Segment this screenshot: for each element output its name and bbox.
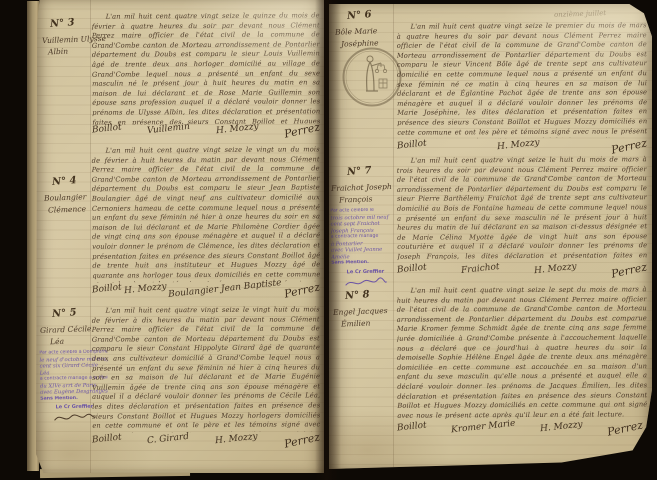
entry-number: N° 6: [347, 9, 372, 22]
entry-number: N° 4: [52, 175, 77, 188]
signature: Kromer Marie: [451, 419, 516, 436]
entry-name-line: François: [339, 193, 373, 205]
signature: Boillot: [397, 420, 428, 433]
signature: C. Girard: [147, 432, 190, 446]
entry-name-line: Clémence: [48, 203, 86, 215]
entry-name-line: Léa: [50, 336, 64, 347]
entry-body-text: L'an mil huit cent quatre vingt seize le…: [397, 285, 648, 421]
signature: Fraichot: [460, 262, 500, 276]
entry-number: N° 5: [52, 307, 77, 320]
entry-name-line: Bôle Marie: [335, 25, 378, 37]
signature-row: Boillot Kromer Marie H. Mozzy Perrez: [397, 422, 643, 435]
signature: Boillot: [92, 282, 123, 295]
entry-body-text: L'an mil huit cent quatre vingt seize le…: [92, 11, 321, 124]
entry-name-line: Girard Cécile: [40, 323, 92, 336]
entry-name-line: Fraichot Joseph: [331, 181, 392, 194]
corner-pencil-note: onzième juillet: [554, 9, 606, 19]
left-page: N° 3 Vuillemin Ulysse Albin L'an mil hui…: [36, 0, 324, 473]
right-page: onzième juillet N° 6 Bôle Marie Joséphin…: [329, 4, 652, 469]
entry-name-line: Engel Jacques: [333, 305, 388, 318]
marriage-mention-stamp: Par acte célébré le trois octobre mil ne…: [330, 207, 399, 289]
signature: Perrez: [610, 136, 648, 156]
entry-number: N° 3: [50, 17, 75, 30]
signature: Boillot: [397, 138, 428, 151]
signature: H. Mozzy: [497, 138, 541, 152]
signature: Boillot: [92, 122, 123, 135]
signature: H. Mozzy: [215, 432, 259, 446]
entry-body-text: L'an mil huit cent quatre vingt seize le…: [92, 145, 321, 282]
entry-body-text: L'an mil huit cent quatre vingt seize le…: [397, 21, 648, 139]
register-scan: N° 3 Vuillemin Ulysse Albin L'an mil hui…: [0, 0, 657, 480]
signature: H. Mozzy: [539, 420, 583, 434]
entry-body-text: L'an mil huit cent quatre vingt seize le…: [397, 155, 648, 263]
greffier-signature-flourish: [52, 411, 96, 425]
signature: Perrez: [283, 120, 321, 140]
entry-number: N° 7: [347, 165, 372, 178]
stamp-line: Sans Mention.: [331, 259, 399, 267]
signature: Vuillemin: [147, 122, 191, 136]
entry-number: N° 8: [345, 289, 370, 302]
signature: H. Mozzy: [215, 122, 259, 136]
signature: H. Mozzy: [123, 282, 167, 296]
entry-name-line: Albin: [48, 46, 68, 58]
signature: Boillot: [397, 262, 428, 275]
greffier-signature-flourish: [343, 275, 387, 289]
signature-row: Boillot H. Mozzy Boulangier Jean Baptist…: [92, 284, 320, 297]
clerk-label: Le Cr Greffier: [331, 268, 399, 275]
entry-name-line: Émilien: [341, 317, 371, 329]
signature: Perrez: [283, 430, 321, 450]
signature: Perrez: [606, 418, 644, 438]
signature-row: Boillot Vuillemin H. Mozzy Perrez: [92, 124, 320, 137]
signature-row: Boillot C. Girard H. Mozzy Perrez: [92, 434, 320, 447]
entry-name-line: Boulangier: [44, 191, 87, 203]
entry-body-text: L'an mil huit cent quatre vingt seize le…: [92, 305, 321, 432]
signature: Boillot: [92, 432, 123, 445]
signature: H. Mozzy: [533, 262, 577, 276]
justice-figure-round-stamp-icon: [341, 46, 403, 108]
signature: Perrez: [283, 280, 321, 300]
signature-row: Boillot H. Mozzy Perrez: [397, 140, 647, 153]
signature: Perrez: [610, 260, 648, 280]
signature-row: Boillot Fraichot H. Mozzy Perrez: [397, 264, 647, 277]
